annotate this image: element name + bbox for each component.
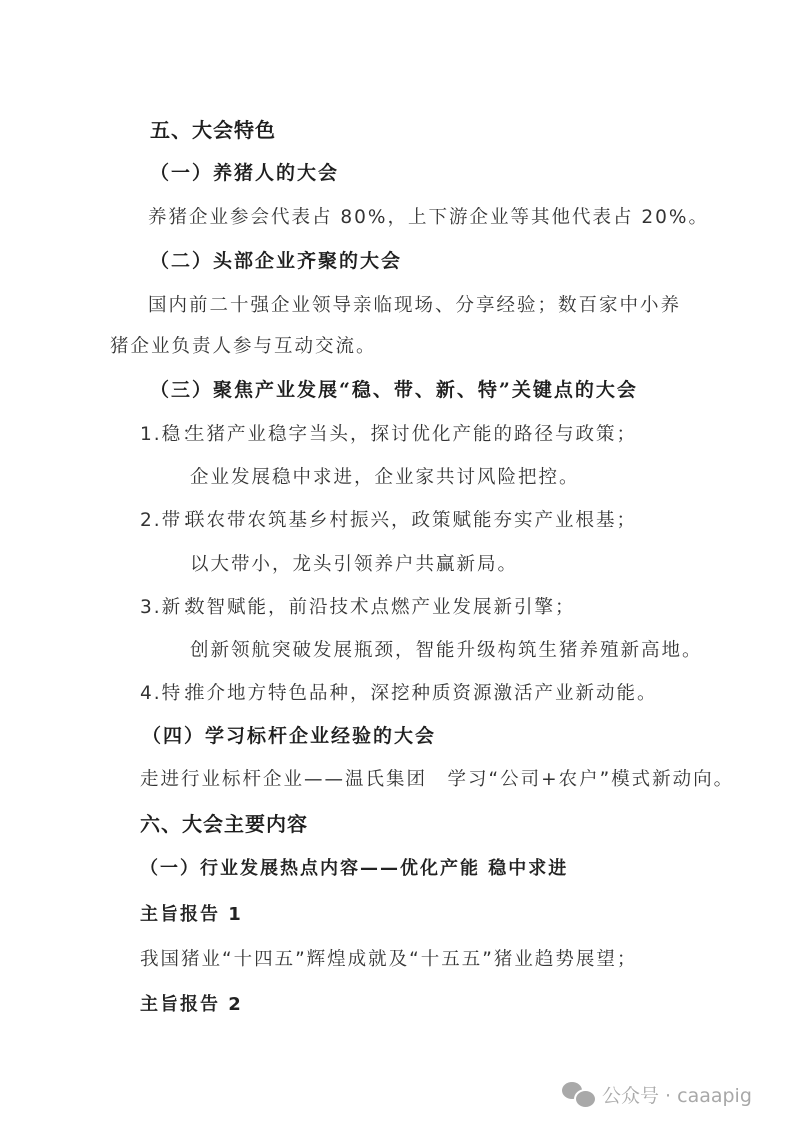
subsection-heading: （一）行业发展热点内容——优化产能 稳中求进 xyxy=(140,857,568,881)
section-heading-5: 五、大会特色 xyxy=(150,118,276,142)
watermark: 公众号 · caaapig xyxy=(562,1081,752,1108)
report-title: 主旨报告 2 xyxy=(140,993,243,1017)
watermark-text: 公众号 · caaapig xyxy=(602,1081,752,1108)
list-item-line: 生猪产业稳字当头，探讨优化产能的路径与政策； xyxy=(186,423,637,447)
list-item-line: 推介地方特色品种，深挖种质资源激活产业新动能。 xyxy=(186,682,658,706)
subsection-heading: （四）学习标杆企业经验的大会 xyxy=(142,724,436,748)
list-item-line: 数智赋能，前沿技术点燃产业发展新引擎； xyxy=(186,596,576,620)
section-heading-6: 六、大会主要内容 xyxy=(140,812,308,836)
wechat-icon xyxy=(562,1082,596,1108)
list-item-line: 创新领航突破发展瓶颈，智能升级构筑生猪养殖新高地。 xyxy=(190,639,703,663)
list-item-line: 以大带小，龙头引领养户共赢新局。 xyxy=(190,553,518,577)
subsection-heading: （一）养猪人的大会 xyxy=(150,161,339,185)
paragraph-line: 猪企业负责人参与互动交流。 xyxy=(110,335,377,359)
paragraph-line: 国内前二十强企业领导亲临现场、分享经验；数百家中小养 xyxy=(148,294,681,318)
paragraph-line: 走进行业标杆企业——温氏集团 学习“公司+农户”模式新动向。 xyxy=(140,768,734,792)
list-item-line: 联农带农筑基乡村振兴，政策赋能夯实产业根基； xyxy=(186,509,637,533)
list-item-line: 企业发展稳中求进，企业家共讨风险把控。 xyxy=(190,466,580,490)
report-text: 我国猪业“十四五”辉煌成就及“十五五”猪业趋势展望； xyxy=(140,948,637,972)
subsection-heading: （三）聚焦产业发展“稳、带、新、特”关键点的大会 xyxy=(150,378,638,402)
subsection-heading: （二）头部企业齐聚的大会 xyxy=(150,249,402,273)
paragraph-line: 养猪企业参会代表占 80%，上下游企业等其他代表占 20%。 xyxy=(148,206,709,230)
report-title: 主旨报告 1 xyxy=(140,903,243,927)
